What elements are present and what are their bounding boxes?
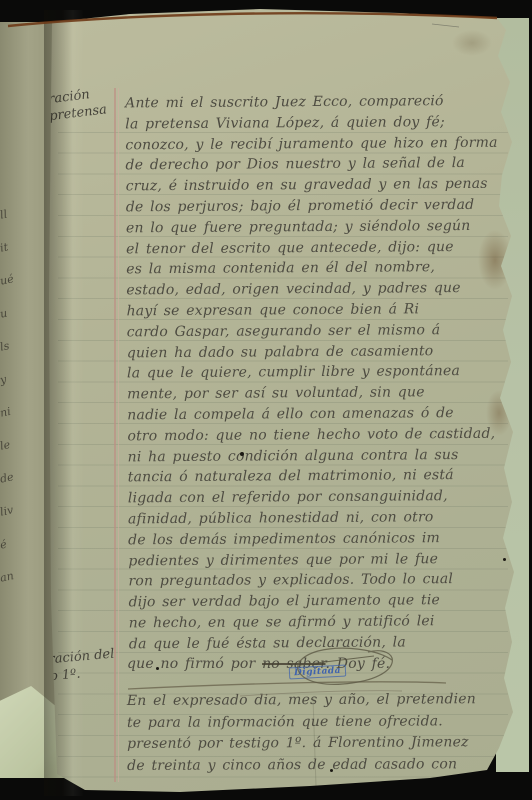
handwriting-fragment: ls xyxy=(0,337,18,353)
handwritten-line: estado, edad, origen vecindad, y padres … xyxy=(126,280,512,303)
handwriting-fragment: é xyxy=(0,535,18,551)
handwritten-line: conozco, y le recibí juramento que hizo … xyxy=(125,134,511,157)
ink-speck xyxy=(156,667,159,670)
handwritten-line: la pretensa Viviana López, á quien doy f… xyxy=(125,113,511,136)
handwriting-fragment: ni xyxy=(0,403,18,419)
handwritten-line: la que le quiere, cumplir libre y espont… xyxy=(127,363,513,386)
handwriting-fragment: liv xyxy=(0,502,18,518)
handwritten-line: cruz, é instruido en su gravedad y en la… xyxy=(126,176,512,199)
edge-stain xyxy=(452,30,492,56)
handwritten-line: pedientes y dirimentes que por mi le fue xyxy=(128,550,514,573)
ink-speck xyxy=(503,558,506,561)
photographed-manuscript: { "document": { "margin_notes": [ { "lin… xyxy=(0,0,532,800)
handwritten-line: es la misma contenida en él del nombre, xyxy=(126,259,512,282)
handwriting-fragment: y xyxy=(0,370,18,386)
handwriting-fragment: le xyxy=(0,436,18,452)
handwritten-line: nadie la compela á ello con amenazas ó d… xyxy=(127,405,513,428)
handwritten-line: Ante mi el suscrito Juez Ecco, compareci… xyxy=(125,93,511,116)
previous-page-text-fragments: llituéulsyniledelivéan xyxy=(0,207,18,707)
ink-speck xyxy=(330,769,333,772)
handwritten-line: de derecho por Dios nuestro y la señal d… xyxy=(125,155,511,178)
closing-pre: que no firmó por xyxy=(127,656,262,672)
handwritten-line: mente, por ser así su voluntad, sin que xyxy=(127,384,513,407)
handwritten-line: en lo que fuere preguntada; y siéndolo s… xyxy=(126,217,512,240)
handwritten-line: de los perjuros; bajo él prometió decir … xyxy=(126,197,512,220)
ink-speck xyxy=(240,452,244,456)
handwritten-line: ne hecho, en que se afirmó y ratificó le… xyxy=(129,613,515,636)
handwritten-line: En el expresado dia, mes y año, el prete… xyxy=(127,691,517,715)
handwritten-line: da que le fué ésta su declaración, la xyxy=(129,633,515,656)
handwritten-line: presentó por testigo 1º. á Florentino Ji… xyxy=(127,734,517,758)
handwriting-fragment: it xyxy=(0,238,18,254)
handwriting-fragment: u xyxy=(0,304,18,320)
manuscript-page: Declaración de la pretensa Declaración d… xyxy=(0,0,532,800)
handwritten-line: de treinta y cinco años de edad casado c… xyxy=(127,755,517,779)
handwritten-line: ligada con el referido por consanguinida… xyxy=(128,488,514,511)
witness-paragraph: En el expresado dia, mes y año, el prete… xyxy=(127,691,517,779)
handwriting-fragment: ué xyxy=(0,271,18,287)
handwriting-fragment: de xyxy=(0,469,18,485)
margin-rule-line-inner xyxy=(118,88,119,782)
handwritten-line: el tenor del escrito que antecede, dijo:… xyxy=(126,238,512,261)
handwritten-line: quien ha dado su palabra de casamiento xyxy=(127,342,513,365)
handwritten-line: dijo ser verdad bajo el juramento que ti… xyxy=(129,592,515,615)
handwriting-fragment: ll xyxy=(0,207,18,222)
handwritten-line: de los demás impedimentos canónicos im xyxy=(128,529,514,552)
handwritten-line: ron preguntados y explicados. Todo lo cu… xyxy=(128,571,514,594)
handwritten-line: tancia ó naturaleza del matrimonio, ni e… xyxy=(128,467,514,490)
handwritten-line: cardo Gaspar, asegurando ser el mismo á xyxy=(127,321,513,344)
declaration-body: Ante mi el suscrito Juez Ecco, compareci… xyxy=(125,93,515,657)
handwritten-line: ni ha puesto condición alguna contra la … xyxy=(128,446,514,469)
handwritten-line: afinidad, pública honestidad ni, con otr… xyxy=(128,509,514,532)
handwritten-line: otro modo: que no tiene hecho voto de ca… xyxy=(127,425,513,448)
handwritten-line: te para la información que tiene ofrecid… xyxy=(127,712,517,736)
handwritten-line: hayí se expresan que conoce bien á Ri xyxy=(126,301,512,324)
handwriting-fragment: an xyxy=(0,568,18,584)
